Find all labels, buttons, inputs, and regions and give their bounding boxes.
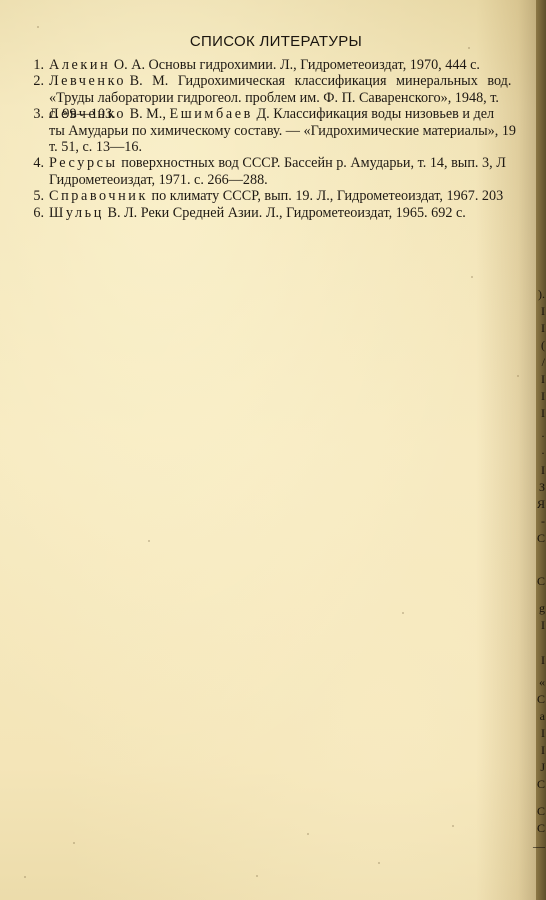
reference-author: Ресурсы [49,155,118,171]
edge-fragment: С [537,532,545,544]
reference-line: т. 51, с. 13—16. [49,139,142,155]
paper-speck [148,540,150,542]
reference-line: Шульц В. Л. Реки Средней Азии. Л., Гидро… [49,205,466,221]
paper-speck [468,47,470,49]
adjacent-page-fragments: ). I I ( / I I I · · I З Я - С С g I I «… [533,0,545,900]
edge-fragment: I [541,744,545,756]
reference-line: Левченко В. М., Ешимбаев Д. Классификаци… [49,106,494,122]
edge-fragment: I [541,373,545,385]
paper-speck [37,26,39,28]
paper-speck [256,875,258,877]
reference-author: Левченко [49,73,126,89]
edge-fragment: С [537,575,545,587]
reference-text: О. А. Основы гидрохимии. Л., Гидрометеои… [114,57,480,73]
edge-fragment: а [540,710,545,722]
book-page: СПИСОК ЛИТЕРАТУРЫ 1. Алекин О. А. Основы… [0,0,546,900]
reference-author: Шульц [49,205,104,221]
edge-fragment: ( [541,339,545,351]
edge-fragment: С [537,805,545,817]
edge-fragment: I [541,407,545,419]
edge-fragment: С [537,778,545,790]
edge-fragment: I [541,727,545,739]
edge-fragment: · [541,447,545,459]
reference-text: поверхностных вод СССР. Бассейн р. Амуда… [121,155,506,171]
reference-text: В. М., [130,106,166,122]
edge-fragment: I [541,464,545,476]
paper-speck [402,612,404,614]
reference-number: 2. [28,73,44,89]
reference-number: 4. [28,155,44,171]
reference-author: Алекин [49,57,110,73]
edge-fragment: · [541,430,545,442]
edge-fragment: g [539,602,545,614]
reference-line: Ресурсы поверхностных вод СССР. Бассейн … [49,155,506,171]
reference-line: Гидрометеоиздат, 1971. с. 266—288. [49,172,268,188]
reference-line: Алекин О. А. Основы гидрохимии. Л., Гидр… [49,57,480,73]
reference-line: «Труды лаборатории гидрогеол. проблем им… [49,90,499,106]
reference-text: Д. Классификация воды низовьев и дел [256,106,494,122]
paper-speck [471,276,473,278]
reference-text: В. Л. Реки Средней Азии. Л., Гидрометеои… [107,205,465,221]
reference-author: Справочник [49,188,148,204]
reference-number: 1. [28,57,44,73]
edge-fragment: I [541,390,545,402]
edge-fragment: ). [538,288,545,300]
edge-fragment: J [540,761,545,773]
reference-number: 5. [28,188,44,204]
edge-fragment: « [539,676,545,688]
reference-number: 6. [28,205,44,221]
edge-fragment: - [541,515,545,527]
edge-fragment: С [537,822,545,834]
paper-speck [307,833,309,835]
edge-fragment: С [537,693,545,705]
reference-author: Левченко [49,106,126,122]
page-title: СПИСОК ЛИТЕРАТУРЫ [0,33,538,50]
paper-speck [24,876,26,878]
edge-fragment: / [542,356,545,368]
edge-fragment: I [541,305,545,317]
paper-speck [73,842,75,844]
reference-number: 3. [28,106,44,122]
paper-speck [378,862,380,864]
reference-text: В. М. Гидрохимическая классификация мине… [130,73,512,89]
reference-line: Левченко В. М. Гидрохимическая классифик… [49,73,511,89]
reference-line: ты Амударьи по химическому составу. — «Г… [49,123,516,139]
edge-fragment: З [539,481,545,493]
paper-speck [517,375,519,377]
reference-text: по климату СССР, вып. 19. Л., Гидрометео… [152,188,504,204]
edge-fragment: I [541,322,545,334]
edge-fragment: I [541,619,545,631]
paper-speck [452,825,454,827]
reference-coauthor: Ешимбаев [169,106,252,122]
reference-line: Справочник по климату СССР, вып. 19. Л.,… [49,188,503,204]
edge-fragment: I [541,654,545,666]
edge-fragment: — [533,840,545,852]
edge-fragment: Я [537,498,545,510]
page-content: СПИСОК ЛИТЕРАТУРЫ 1. Алекин О. А. Основы… [0,0,538,900]
